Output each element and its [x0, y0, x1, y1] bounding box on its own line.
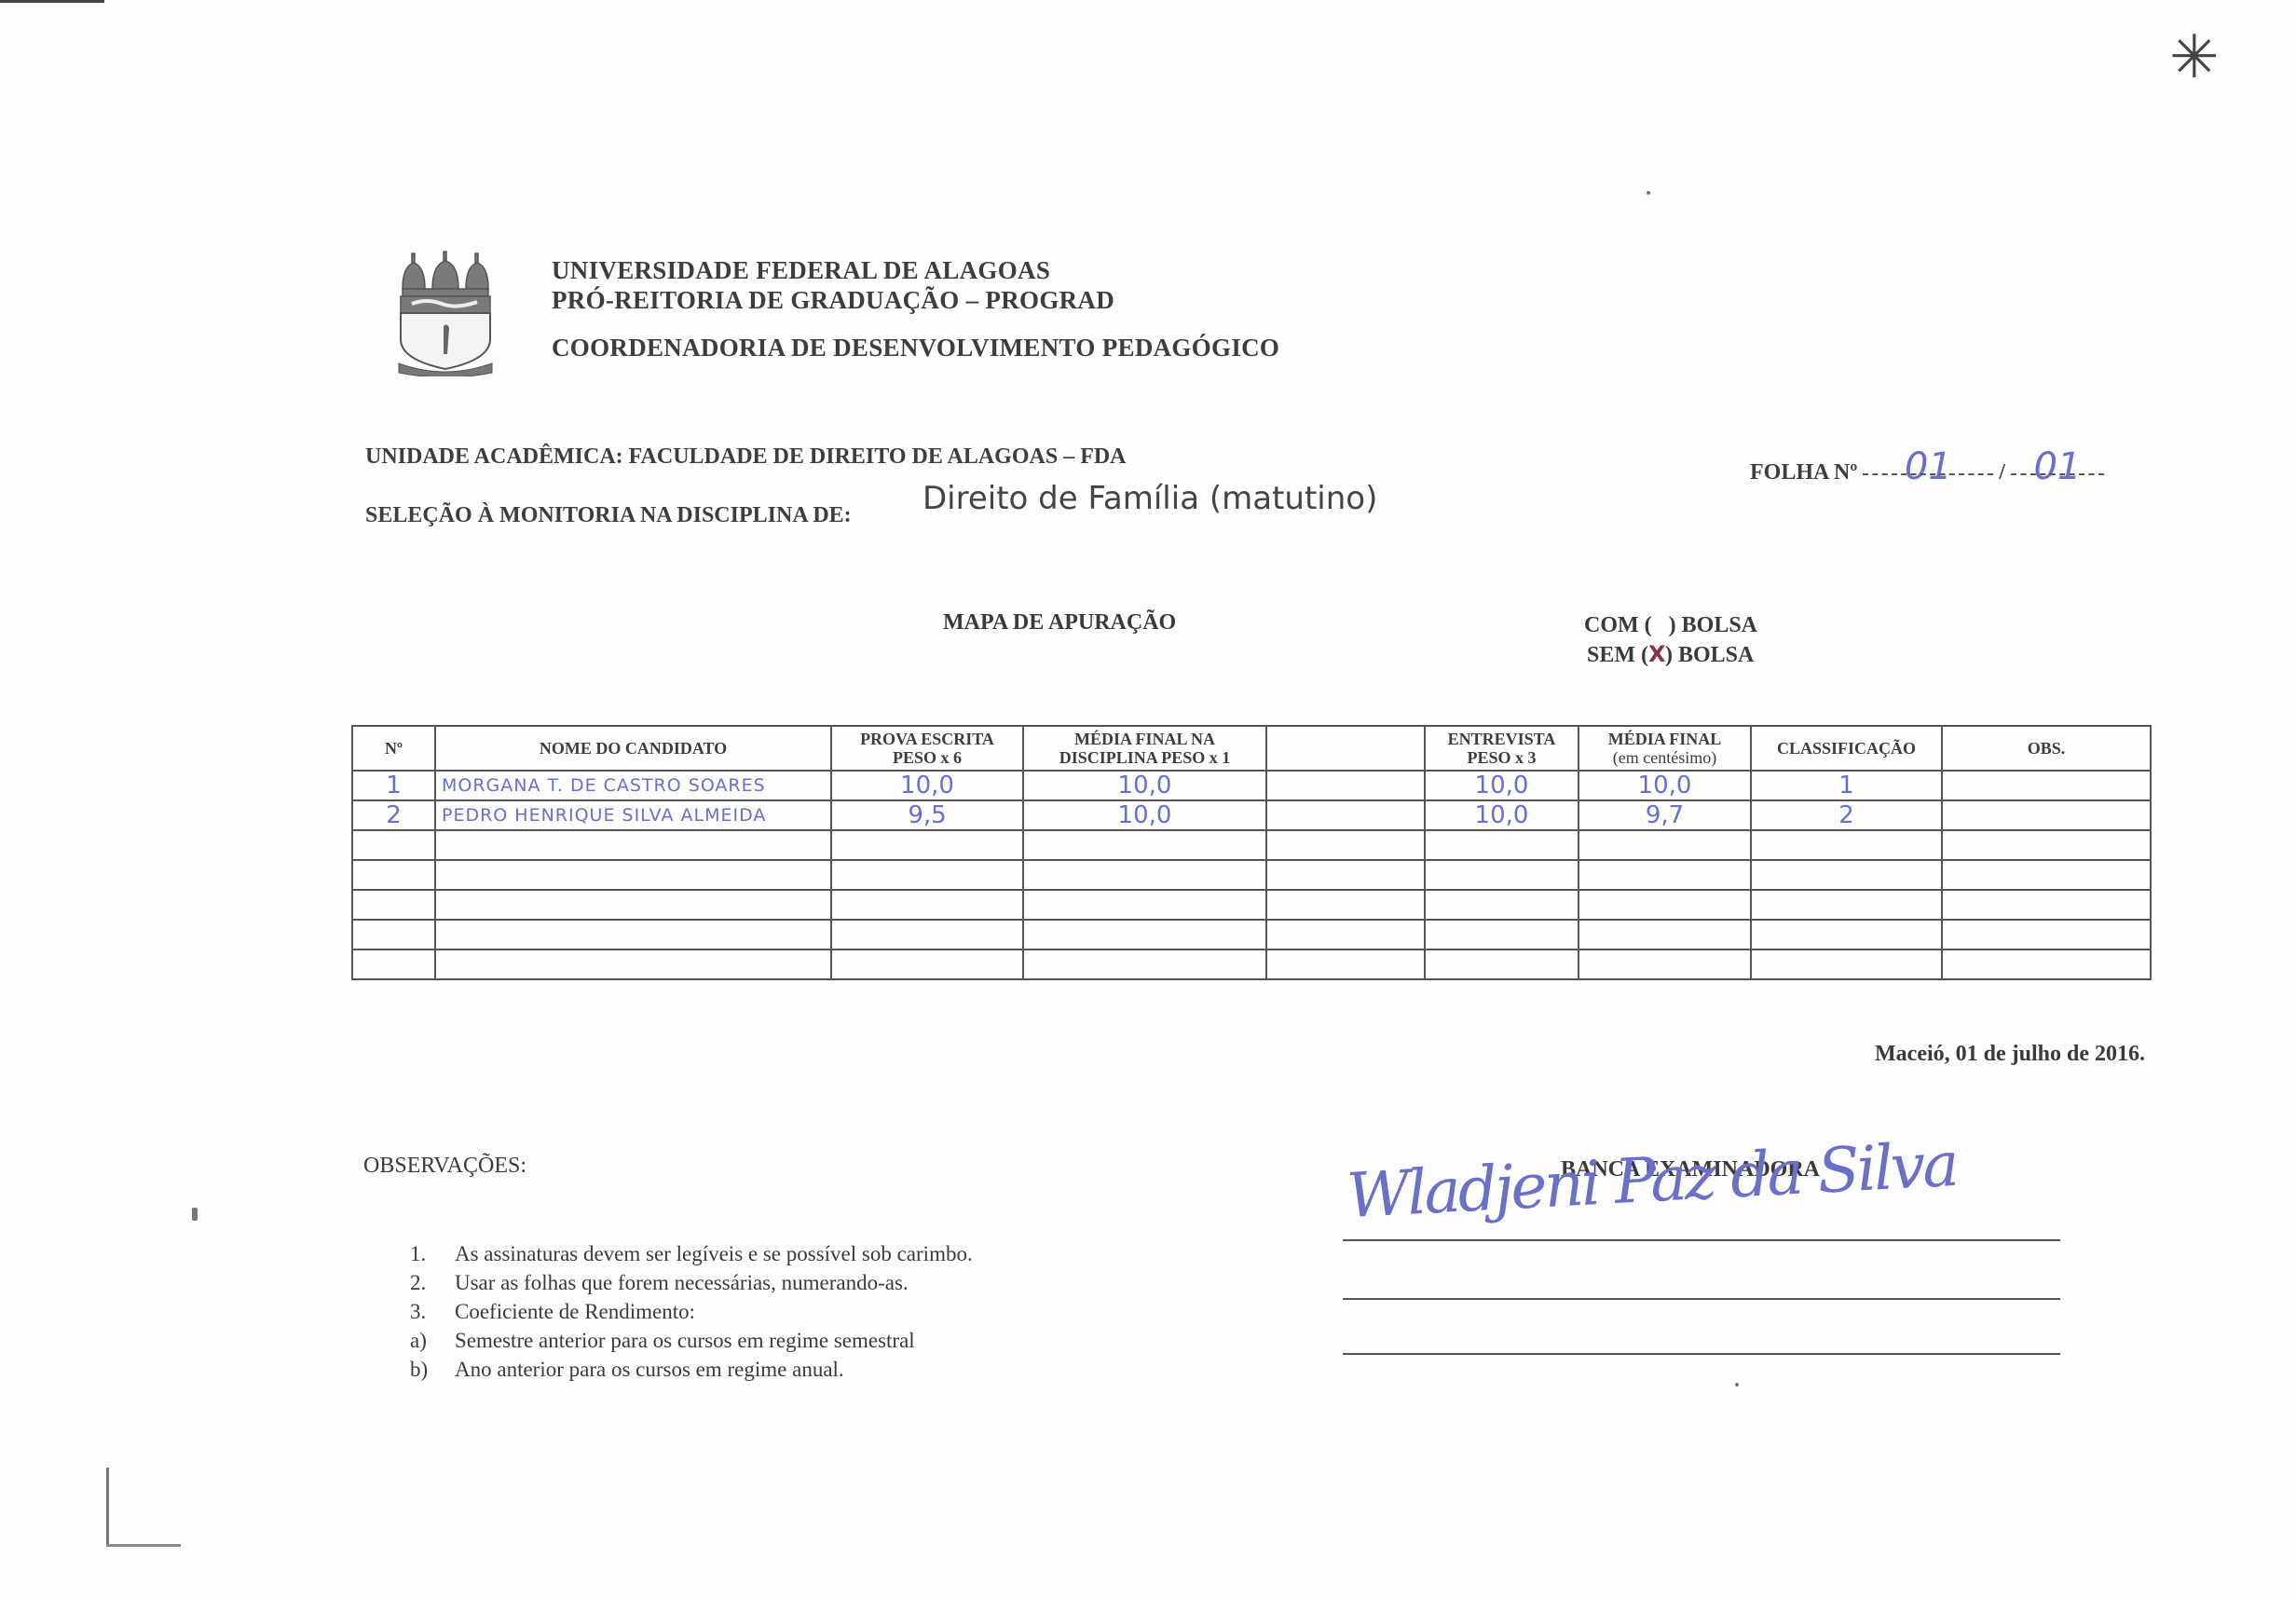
table-row [352, 950, 2151, 979]
cell-num[interactable] [352, 860, 435, 890]
without-scholarship-option[interactable]: SEM (X) BOLSA [1587, 641, 1754, 668]
cell-blank[interactable] [1266, 920, 1425, 950]
observation-item: a)Semestre anterior para os cursos em re… [410, 1326, 973, 1355]
cell-num[interactable] [352, 920, 435, 950]
cell-final[interactable]: 9,7 [1578, 800, 1751, 830]
col-header-interview: ENTREVISTAPESO x 3 [1425, 726, 1578, 771]
scan-speck [1735, 1383, 1739, 1387]
cell-obs[interactable] [1942, 890, 2151, 920]
table-header-row: Nº NOME DO CANDIDATO PROVA ESCRITAPESO x… [352, 726, 2151, 771]
col-header-written: PROVA ESCRITAPESO x 6 [831, 726, 1023, 771]
table-row [352, 830, 2151, 860]
cell-blank[interactable] [1266, 890, 1425, 920]
cell-discipline[interactable] [1023, 950, 1266, 979]
cell-name[interactable] [435, 890, 831, 920]
cell-final[interactable] [1578, 890, 1751, 920]
observation-text: Semestre anterior para os cursos em regi… [455, 1326, 915, 1355]
table-row [352, 920, 2151, 950]
cell-blank[interactable] [1266, 771, 1425, 800]
observation-marker: a) [410, 1326, 455, 1355]
scan-crop-mark-horizontal [106, 1544, 181, 1547]
cell-name[interactable] [435, 860, 831, 890]
cell-num[interactable] [352, 890, 435, 920]
col-header-discipline: MÉDIA FINAL NADISCIPLINA PESO x 1 [1023, 726, 1266, 771]
cell-num[interactable] [352, 950, 435, 979]
cell-discipline[interactable]: 10,0 [1023, 800, 1266, 830]
cell-name[interactable] [435, 950, 831, 979]
discipline-label: SELEÇÃO À MONITORIA NA DISCIPLINA DE: [365, 503, 852, 528]
cell-written[interactable] [831, 860, 1023, 890]
signature-line-3[interactable] [1343, 1353, 2060, 1355]
col-header-blank [1266, 726, 1425, 771]
observations-list: 1.As assinaturas devem ser legíveis e se… [410, 1239, 973, 1384]
col-header-final: MÉDIA FINAL(em centésimo) [1578, 726, 1751, 771]
cell-rank[interactable]: 1 [1751, 771, 1942, 800]
table-row [352, 860, 2151, 890]
cell-final[interactable]: 10,0 [1578, 771, 1751, 800]
institution-name: UNIVERSIDADE FEDERAL DE ALAGOAS [552, 256, 1050, 285]
observation-item: b)Ano anterior para os cursos em regime … [410, 1355, 973, 1384]
observation-marker: 3. [410, 1297, 455, 1326]
col-header-rank: CLASSIFICAÇÃO [1751, 726, 1942, 771]
cell-rank[interactable] [1751, 830, 1942, 860]
cell-obs[interactable] [1942, 950, 2151, 979]
scan-speck [192, 1208, 198, 1221]
cell-rank[interactable] [1751, 920, 1942, 950]
cell-interview[interactable] [1425, 830, 1578, 860]
coordination-name: COORDENADORIA DE DESENVOLVIMENTO PEDAGÓG… [552, 334, 1279, 362]
committee-signature: Wladjeni Paz da Silva [1345, 1128, 1958, 1232]
cell-rank[interactable] [1751, 950, 1942, 979]
page-title: MAPA DE APURAÇÃO [943, 610, 1176, 635]
sheet-total[interactable]: 01 [2033, 445, 2081, 488]
cell-interview[interactable] [1425, 860, 1578, 890]
with-scholarship-label: COM ( [1584, 613, 1652, 637]
cell-obs[interactable] [1942, 920, 2151, 950]
col-header-name: NOME DO CANDIDATO [435, 726, 831, 771]
cell-final[interactable] [1578, 860, 1751, 890]
cell-rank[interactable]: 2 [1751, 800, 1942, 830]
table-row [352, 890, 2151, 920]
signature-line-2[interactable] [1343, 1298, 2060, 1300]
cell-written[interactable] [831, 920, 1023, 950]
asterisk-mark-icon: ✳ [2169, 28, 2220, 88]
observations-title: OBSERVAÇÕES: [363, 1154, 526, 1179]
cell-name[interactable] [435, 920, 831, 950]
without-scholarship-checkbox[interactable]: X [1648, 641, 1665, 667]
cell-rank[interactable] [1751, 860, 1942, 890]
observation-text: Usar as folhas que forem necessárias, nu… [455, 1268, 909, 1297]
observation-marker: 2. [410, 1268, 455, 1297]
cell-name[interactable]: MORGANA T. DE CASTRO SOARES [435, 771, 831, 800]
date-line: Maceió, 01 de julho de 2016. [1875, 1042, 2145, 1067]
cell-written[interactable] [831, 890, 1023, 920]
sheet-current[interactable]: 01 [1905, 445, 1952, 488]
observation-item: 3.Coeficiente de Rendimento: [410, 1297, 973, 1326]
cell-interview[interactable] [1425, 890, 1578, 920]
table-row: 2PEDRO HENRIQUE SILVA ALMEIDA9,510,010,0… [352, 800, 2151, 830]
scan-edge-mark-top [0, 0, 104, 3]
cell-blank[interactable] [1266, 860, 1425, 890]
cell-written[interactable]: 10,0 [831, 771, 1023, 800]
cell-blank[interactable] [1266, 800, 1425, 830]
cell-num[interactable] [352, 830, 435, 860]
cell-discipline[interactable] [1023, 890, 1266, 920]
without-scholarship-label: SEM ( [1587, 643, 1648, 667]
sheet-number: FOLHA Nº 01 / 01 [1750, 445, 2104, 488]
university-coat-of-arms-icon [395, 250, 496, 376]
observation-text: As assinaturas devem ser legíveis e se p… [455, 1239, 973, 1268]
cell-num[interactable]: 1 [352, 771, 435, 800]
pro-rectorate-name: PRÓ-REITORIA DE GRADUAÇÃO – PROGRAD [552, 286, 1114, 315]
table-row: 1MORGANA T. DE CASTRO SOARES10,010,010,0… [352, 771, 2151, 800]
scan-speck [1647, 191, 1650, 195]
with-scholarship-option[interactable]: COM () BOLSA [1584, 613, 1757, 638]
cell-final[interactable] [1578, 920, 1751, 950]
cell-obs[interactable] [1942, 830, 2151, 860]
sheet-separator: / [1999, 460, 2005, 485]
cell-final[interactable] [1578, 950, 1751, 979]
cell-interview[interactable] [1425, 950, 1578, 979]
observation-text: Coeficiente de Rendimento: [455, 1297, 695, 1326]
cell-obs[interactable] [1942, 800, 2151, 830]
signature-line-1[interactable] [1343, 1239, 2060, 1241]
cell-interview[interactable]: 10,0 [1425, 800, 1578, 830]
cell-obs[interactable] [1942, 860, 2151, 890]
scan-crop-mark-vertical [106, 1468, 109, 1547]
cell-blank[interactable] [1266, 950, 1425, 979]
discipline-value[interactable]: Direito de Família (matutino) [922, 480, 1377, 517]
observation-marker: 1. [410, 1239, 455, 1268]
cell-interview[interactable]: 10,0 [1425, 771, 1578, 800]
results-table: Nº NOME DO CANDIDATO PROVA ESCRITAPESO x… [351, 725, 2152, 980]
academic-unit: UNIDADE ACADÊMICA: FACULDADE DE DIREITO … [365, 444, 1127, 470]
observation-item: 1.As assinaturas devem ser legíveis e se… [410, 1239, 973, 1268]
observation-text: Ano anterior para os cursos em regime an… [455, 1355, 844, 1384]
cell-discipline[interactable] [1023, 920, 1266, 950]
cell-name[interactable]: PEDRO HENRIQUE SILVA ALMEIDA [435, 800, 831, 830]
observation-item: 2.Usar as folhas que forem necessárias, … [410, 1268, 973, 1297]
cell-discipline[interactable] [1023, 860, 1266, 890]
observation-marker: b) [410, 1355, 455, 1384]
sheet-label: FOLHA Nº [1750, 460, 1857, 485]
cell-discipline[interactable]: 10,0 [1023, 771, 1266, 800]
cell-written[interactable]: 9,5 [831, 800, 1023, 830]
cell-written[interactable] [831, 830, 1023, 860]
cell-num[interactable]: 2 [352, 800, 435, 830]
cell-final[interactable] [1578, 830, 1751, 860]
cell-name[interactable] [435, 830, 831, 860]
cell-discipline[interactable] [1023, 830, 1266, 860]
cell-rank[interactable] [1751, 890, 1942, 920]
cell-written[interactable] [831, 950, 1023, 979]
with-scholarship-suffix: ) BOLSA [1669, 613, 1757, 637]
cell-blank[interactable] [1266, 830, 1425, 860]
col-header-obs: OBS. [1942, 726, 2151, 771]
cell-obs[interactable] [1942, 771, 2151, 800]
cell-interview[interactable] [1425, 920, 1578, 950]
without-scholarship-suffix: ) BOLSA [1665, 643, 1754, 667]
col-header-num: Nº [352, 726, 435, 771]
